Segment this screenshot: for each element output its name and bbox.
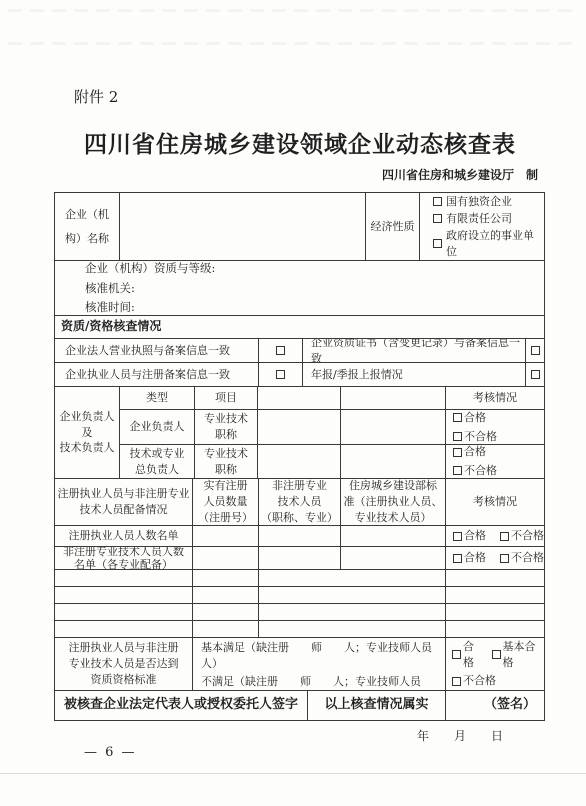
technical-leader-label: 技术或专业 总负责人 [120,445,195,478]
technical-leader-item: 专业技术 职称 [195,445,258,478]
assess-header: 考核情况 [446,387,544,409]
checkbox-standards-fail[interactable] [452,677,461,686]
leaders-blank-1 [258,387,341,409]
nonreg-roster-blank2 [259,547,341,569]
verification-form-table: 企业（机 构）名称 经济性质 国有独资企业 有限责任公司 政府设立的事业单位 企… [54,192,545,721]
registered-roster-blank3 [341,526,446,546]
standards-assess-cell: 合格 基本合格 不合格 [446,638,544,690]
nonregistered-roster-label: 非注册专业技术人员人数 名单（各专业配备） [55,547,193,569]
check-section-header: 资质/资格核查情况 [55,316,544,338]
nonreg-roster-blank3 [341,547,446,569]
checkbox-roster-fail[interactable] [500,532,509,541]
tech-blank-1 [258,445,341,478]
tech-fail-option: 不合格 [453,463,497,478]
checkbox-certificate[interactable] [531,346,540,355]
standards-line-basic: 基本满足（缺注册 师 人；专业技师人员 人） [201,640,445,672]
checkbox-report[interactable] [531,370,540,379]
checkbox-nonreg-fail[interactable] [500,554,509,563]
leaders-header-row: 类型 项目 考核情况 [120,387,544,410]
check-report-box-cell [526,363,544,386]
registered-count-header: 实有注册 人员数量 （注册号） [193,479,259,525]
leaders-section: 企业负责人及 技术负责人 类型 项目 考核情况 企业负责人 专业技术 职称 [55,387,544,479]
qual-grade-line: 企业（机构）资质与等级: [85,261,215,277]
leader-fail-option: 不合格 [453,429,497,445]
page-title: 四川省住房城乡建设领域企业动态核查表 [40,126,560,159]
nonreg-roster-assess: 合格 不合格 [446,547,544,569]
approval-time-line: 核准时间: [85,299,135,315]
basic-info-row: 企业（机 构）名称 经济性质 国有独资企业 有限责任公司 政府设立的事业单位 [55,193,544,261]
attachment-label: 附件 2 [74,86,118,107]
check-personnel-box-cell [259,363,303,386]
col-item-header: 项目 [195,387,258,409]
page-number: — 6 — [84,745,137,760]
standards-fail-option: 不合格 [452,673,496,689]
enterprise-leader-label: 企业负责人 [120,410,195,444]
signature-field: （签名） [446,691,544,720]
economic-nature-label: 经济性质 [366,193,420,260]
checkbox-government-institution[interactable] [433,239,442,248]
econ-option-state-owned: 国有独资企业 [433,194,512,210]
roster-fail-option: 不合格 [500,528,544,544]
check-report-label: 年报/季报上报情况 [303,363,526,386]
registered-roster-row: 注册执业人员人数名单 合格 不合格 [55,526,544,547]
checkbox-tech-pass[interactable] [453,448,462,457]
empty-row [55,570,544,587]
date-line: 年 月 日 [417,727,503,744]
check-license-label: 企业法人营业执照与备案信息一致 [55,339,259,362]
check-section-header-row: 资质/资格核查情况 [55,316,544,339]
registered-header-row: 注册执业人员与非注册专业 技术人员配备情况 实有注册 人员数量 （注册号） 非注… [55,479,544,526]
check-certificate-label: 企业资质证书（含变更记录）与备案信息一致 [303,339,526,362]
check-certificate-box-cell [526,339,544,362]
check-personnel-label: 企业执业人员与注册备案信息一致 [55,363,259,386]
registered-roster-label: 注册执业人员人数名单 [55,526,193,546]
leader-pass-option: 合格 [453,410,486,426]
leader-blank-1 [258,410,341,444]
nonregistered-header: 非注册专业 技术人员 （职称、专业） [259,479,341,525]
checkbox-limited-liability[interactable] [433,214,442,223]
approval-authority-line: 核准机关: [85,280,135,297]
scan-noise-top [8,9,578,12]
standards-basic-option: 基本合格 [492,639,545,671]
nonreg-fail-option: 不合格 [500,550,544,566]
checkbox-roster-pass[interactable] [453,532,462,541]
mohurd-standard-header: 住房城乡建设部标 准（注册执业人员、 专业技术人员） [341,479,446,525]
qualification-grade-row: 企业（机构）资质与等级: 核准机关: 核准时间: [55,261,544,316]
tech-blank-2 [341,445,446,478]
standards-row: 注册执业人员与非注册 专业技术人员是否达到 资质资格标准 注册人员与非注册人员全… [55,638,544,691]
tech-pass-option: 合格 [453,445,486,460]
checkbox-leader-fail[interactable] [453,432,462,441]
registered-assess-header: 考核情况 [446,479,544,525]
checkbox-personnel[interactable] [276,370,285,379]
enterprise-leader-item: 专业技术 职称 [195,410,258,444]
check-row-personnel: 企业执业人员与注册备案信息一致 年报/季报上报情况 [55,363,544,387]
enterprise-name-label: 企业（机 构）名称 [55,193,120,260]
checkbox-state-owned[interactable] [433,197,442,206]
registered-group-label: 注册执业人员与非注册专业 技术人员配备情况 [55,479,193,525]
empty-row [55,587,544,604]
date-year-label: 年 [417,727,429,744]
registered-roster-assess: 合格 不合格 [446,526,544,546]
checkbox-leader-pass[interactable] [453,413,462,422]
checkbox-standards-basic[interactable] [492,650,501,659]
issuer-line: 四川省住房和城乡建设厅 制 [54,166,538,183]
col-type-header: 类型 [120,387,195,409]
econ-option-limited-liability: 有限责任公司 [433,211,512,227]
standards-options-cell: 注册人员与非注册人员全部满足 基本满足（缺注册 师 人；专业技师人员 人） 不满… [193,638,446,690]
roster-pass-option: 合格 [453,528,486,544]
standards-pass-option: 合格 [452,639,484,671]
checkbox-tech-fail[interactable] [453,466,462,475]
signature-left-label: 被核查企业法定代表人或授权委托人签字 [55,691,308,720]
technical-leader-row: 技术或专业 总负责人 专业技术 职称 合格 不合格 [120,445,544,478]
standards-label: 注册执业人员与非注册 专业技术人员是否达到 资质资格标准 [55,638,193,690]
leaders-group-label: 企业负责人及 技术负责人 [55,387,120,478]
leader-assess-cell: 合格 不合格 [446,410,544,444]
standards-line-notmet: 不满足（缺注册 师 人；专业技师人员 人） [201,674,445,690]
econ-option-government-institution: 政府设立的事业单位 [433,228,544,260]
scan-noise-top2 [8,42,578,45]
economic-nature-options: 国有独资企业 有限责任公司 政府设立的事业单位 [420,193,544,260]
leaders-blank-2 [341,387,446,409]
checkbox-nonreg-pass[interactable] [453,554,462,563]
registered-roster-blank1 [193,526,259,546]
scan-page-edge [0,773,586,774]
check-row-license: 企业法人营业执照与备案信息一致 企业资质证书（含变更记录）与备案信息一致 [55,339,544,363]
empty-row [55,621,544,638]
check-license-box-cell [259,339,303,362]
tech-assess-cell: 合格 不合格 [446,445,544,478]
leader-blank-2 [341,410,446,444]
registered-roster-blank2 [259,526,341,546]
empty-row [55,604,544,621]
enterprise-leader-row: 企业负责人 专业技术 职称 合格 不合格 [120,410,544,445]
checkbox-standards-pass[interactable] [452,650,461,659]
nonregistered-roster-row: 非注册专业技术人员人数 名单（各专业配备） 合格 不合格 [55,547,544,570]
date-month-label: 月 [454,727,466,744]
checkbox-license[interactable] [276,346,285,355]
nonreg-roster-blank1 [193,547,259,569]
signature-row: 被核查企业法定代表人或授权委托人签字 以上核查情况属实 （签名） [55,691,544,720]
signature-statement: 以上核查情况属实 [308,691,446,720]
date-day-label: 日 [491,727,503,744]
enterprise-name-field [120,193,366,260]
nonreg-pass-option: 合格 [453,550,486,566]
